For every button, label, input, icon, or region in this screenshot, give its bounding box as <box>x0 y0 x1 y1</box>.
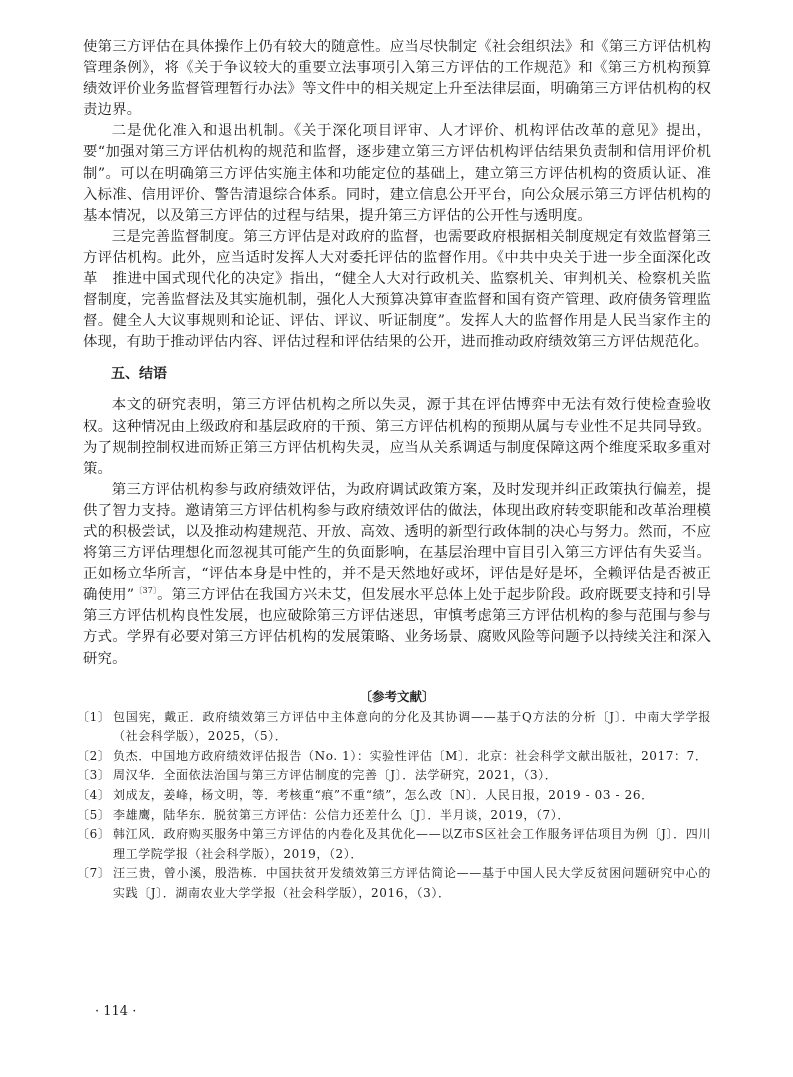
body-paragraph-continuation: 使第三方评估在具体操作上仍有较大的随意性。应当尽快制定《社会组织法》和《第三方评… <box>83 37 711 121</box>
citation-marker: 〔37〕 <box>134 586 157 595</box>
conclusion-text-before-citation: 第三方评估机构参与政府绩效评估，为政府调试政策方案，及时发现并纠正政策执行偏差，… <box>83 482 711 603</box>
reference-item: 〔2〕负杰．中国地方政府绩效评估报告（No. 1）：实验性评估〔M〕．北京：社会… <box>83 747 711 767</box>
body-paragraph-admission-exit: 二是优化准入和退出机制。《关于深化项目评审、人才评价、机构评估改革的意见》提出，… <box>83 121 711 226</box>
reference-number: 〔1〕 <box>77 708 110 728</box>
reference-number: 〔5〕 <box>77 806 110 826</box>
reference-number: 〔4〕 <box>77 786 110 806</box>
reference-text: 韩江风．政府购买服务中第三方评估的内卷化及其优化——以Z市S区社会工作服务评估项… <box>113 827 711 861</box>
reference-text: 周汉华．全面依法治国与第三方评估制度的完善〔J〕．法学研究，2021，（3）． <box>113 768 557 782</box>
section-heading-conclusion: 五、结语 <box>83 364 711 385</box>
reference-number: 〔7〕 <box>77 864 110 884</box>
conclusion-paragraph-outlook: 第三方评估机构参与政府绩效评估，为政府调试政策方案，及时发现并纠正政策执行偏差，… <box>83 480 711 670</box>
reference-item: 〔6〕韩江风．政府购买服务中第三方评估的内卷化及其优化——以Z市S区社会工作服务… <box>83 825 711 864</box>
reference-text: 负杰．中国地方政府绩效评估报告（No. 1）：实验性评估〔M〕．北京：社会科学文… <box>113 749 707 763</box>
page-number: · 114 · <box>95 1003 136 1021</box>
reference-number: 〔2〕 <box>77 747 110 767</box>
reference-text: 刘成友，姜峰，杨文明，等．考核重“痕”不重“绩”，怎么改〔N〕．人民日报，201… <box>113 788 654 802</box>
reference-text: 包国宪，戴正．政府绩效第三方评估中主体意向的分化及其协调——基于Q方法的分析〔J… <box>113 710 711 744</box>
document-page: 使第三方评估在具体操作上仍有较大的随意性。应当尽快制定《社会组织法》和《第三方评… <box>83 37 711 904</box>
reference-item: 〔7〕汪三贵，曾小溪，殷浩栋．中国扶贫开发绩效第三方评估简论——基于中国人民大学… <box>83 864 711 903</box>
reference-text: 李雄鹰，陆华东．脱贫第三方评估：公信力还差什么〔J〕．半月谈，2019，（7）． <box>113 808 570 822</box>
conclusion-text-after-citation: 。第三方评估在我国方兴未艾，但发展水平总体上处于起步阶段。政府既要支持和引导第三… <box>83 587 711 666</box>
reference-item: 〔5〕李雄鹰，陆华东．脱贫第三方评估：公信力还差什么〔J〕．半月谈，2019，（… <box>83 806 711 826</box>
references-list: 〔1〕包国宪，戴正．政府绩效第三方评估中主体意向的分化及其协调——基于Q方法的分… <box>83 708 711 904</box>
reference-item: 〔4〕刘成友，姜峰，杨文明，等．考核重“痕”不重“绩”，怎么改〔N〕．人民日报，… <box>83 786 711 806</box>
references-title: 〔参考文献〕 <box>83 687 711 706</box>
reference-text: 汪三贵，曾小溪，殷浩栋．中国扶贫开发绩效第三方评估简论——基于中国人民大学反贫困… <box>113 866 711 900</box>
conclusion-paragraph-findings: 本文的研究表明，第三方评估机构之所以失灵，源于其在评估博弈中无法有效行使检查验收… <box>83 395 711 479</box>
reference-number: 〔3〕 <box>77 766 110 786</box>
reference-item: 〔3〕周汉华．全面依法治国与第三方评估制度的完善〔J〕．法学研究，2021，（3… <box>83 766 711 786</box>
body-paragraph-supervision: 三是完善监督制度。第三方评估是对政府的监督，也需要政府根据相关制度规定有效监督第… <box>83 227 711 354</box>
reference-number: 〔6〕 <box>77 825 110 845</box>
reference-item: 〔1〕包国宪，戴正．政府绩效第三方评估中主体意向的分化及其协调——基于Q方法的分… <box>83 708 711 747</box>
